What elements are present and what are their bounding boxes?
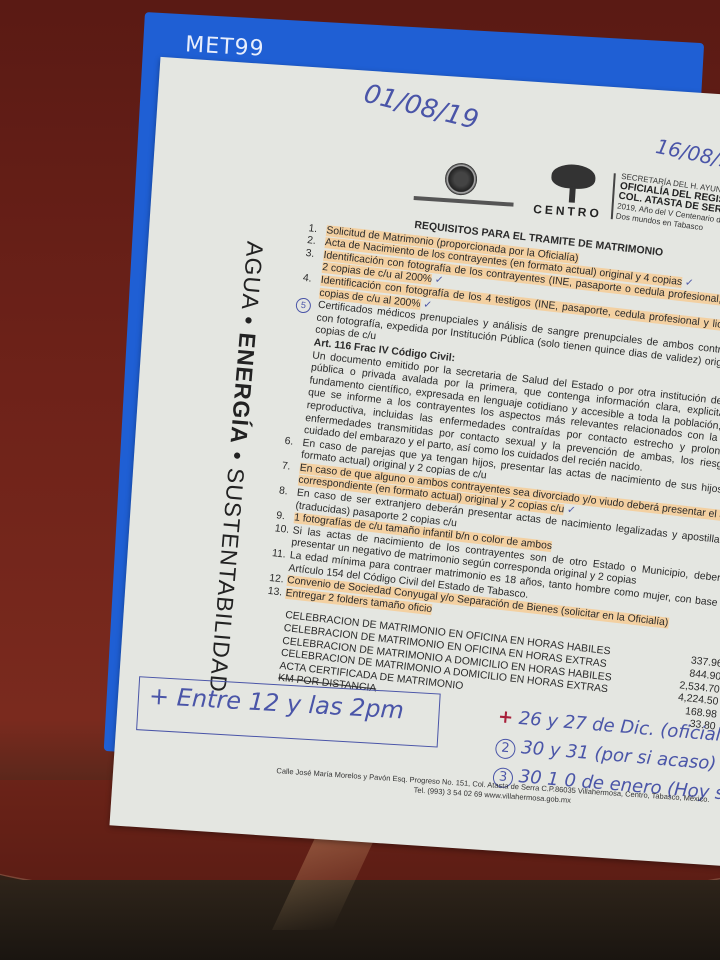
slogan-separator: • — [235, 315, 262, 326]
slogan-agua: AGUA — [237, 240, 269, 310]
check-mark-icon: ✓ — [431, 275, 444, 287]
check-mark-icon: ✓ — [681, 277, 694, 289]
slogan-energia: ENERGÍA — [226, 332, 261, 446]
slogan-sustentabilidad: SUSTENTABILIDAD — [205, 467, 250, 694]
side-slogan: AGUA • ENERGÍA • SUSTENTABILIDAD — [204, 240, 269, 694]
blue-folder: MET99 01/08/19 16/08/19 AGUA • ENERGÍA •… — [104, 12, 704, 782]
office-info: SECRETARÍA DEL H. AYUNTAMIENTO OFICIALÍA… — [615, 172, 720, 245]
note-marker: 2 — [495, 738, 517, 760]
check-mark-icon: ✓ — [563, 505, 576, 517]
folder-label: MET99 — [185, 32, 266, 61]
national-seal-icon — [444, 162, 478, 196]
slogan-separator: • — [224, 451, 251, 462]
check-mark-icon: ✓ — [420, 299, 433, 311]
seal-caption — [414, 196, 514, 207]
tree-logo-icon — [542, 163, 605, 207]
requirement-number: 13. — [267, 586, 286, 601]
document-body: REQUISITOS PARA EL TRAMITE DE MATRIMONIO… — [257, 207, 720, 734]
floor — [0, 880, 720, 960]
requirements-sheet: 01/08/19 16/08/19 AGUA • ENERGÍA • SUSTE… — [109, 57, 720, 870]
handwritten-date-left: 01/08/19 — [361, 79, 482, 136]
header-divider — [611, 173, 616, 219]
